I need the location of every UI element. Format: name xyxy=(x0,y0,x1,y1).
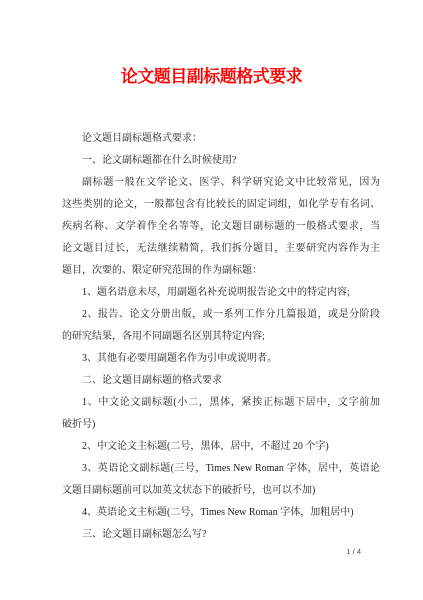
text-line: 论文题目过长，无法继续精简，我们拆分题目，主要研究内容作为主 xyxy=(62,238,380,260)
text-line: 疾病名称、文学着作全名等等，论文题目副标题的一般格式要求，当 xyxy=(62,216,380,238)
text-line: 一、论文副标题都在什么时候使用? xyxy=(62,150,380,172)
document-body: 论文题目副标题格式要求： 一、论文副标题都在什么时候使用? 副标题一般在文学论文… xyxy=(62,128,380,546)
document-title: 论文题目副标题格式要求 xyxy=(0,62,423,87)
text-line: 三、论文题目副标题怎么写? xyxy=(62,524,380,546)
text-line: 2、中文论文主标题(二号，黑体，居中，不超过 20 个字) xyxy=(62,436,380,458)
text-line: 1、题名语意未尽，用副题名补充说明报告论文中的特定内容; xyxy=(62,282,380,304)
text-line: 文题目副标题前可以加英文状态下的破折号，也可以不加) xyxy=(62,480,380,502)
text-line: 论文题目副标题格式要求： xyxy=(62,128,380,150)
text-line: 3、英语论文副标题(三号，Times New Roman 字体，居中，英语论 xyxy=(62,458,380,480)
text-line: 破折号) xyxy=(62,414,380,436)
text-line: 副标题一般在文学论文、医学、科学研究论文中比较常见，因为 xyxy=(62,172,380,194)
page-number: 1 / 4 xyxy=(346,547,361,556)
text-line: 二、论文题目副标题的格式要求 xyxy=(62,370,380,392)
text-line: 题目，次要的、限定研究范围的作为副标题： xyxy=(62,260,380,282)
text-line: 这些类别的论文，一般都包含有比较长的固定词组，如化学专有名词、 xyxy=(62,194,380,216)
text-line: 的研究结果，各用不同副题名区别其特定内容; xyxy=(62,326,380,348)
text-line: 3、其他有必要用副题名作为引申或说明者。 xyxy=(62,348,380,370)
text-line: 4、英语论文主标题(二号，Times New Roman 字体，加粗居中) xyxy=(62,502,380,524)
document-page: 论文题目副标题格式要求 论文题目副标题格式要求： 一、论文副标题都在什么时候使用… xyxy=(0,0,423,600)
text-line: 2、报告、论文分册出版，或一系列工作分几篇报道，或是分阶段 xyxy=(62,304,380,326)
text-line: 1、中文论文副标题(小二，黑体，紧挨正标题下居中，文字前加 xyxy=(62,392,380,414)
